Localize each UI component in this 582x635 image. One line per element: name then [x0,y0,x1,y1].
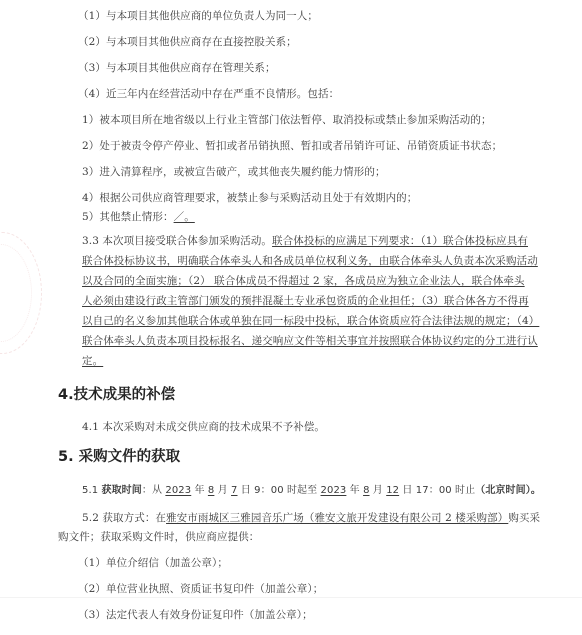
text-fragment: ：从 [142,485,165,496]
sub-condition-item: 5）其他禁止情形：／。 [82,210,195,224]
section-heading-5: 5. 采购文件的获取 [58,448,180,466]
end-day: 12 [386,485,399,496]
text-fragment: 年 [346,485,363,496]
sub-condition-item: 4）根据公司供应商管理要求，被禁止参与采购活动且处于有效期内的； [82,191,417,205]
required-document-item: （3）法定代表人有效身份证复印件（加盖公章）； [78,608,313,622]
text-fragment: 月 [214,485,231,496]
clause-3-3-line: 以及合同的全面实施；（2） 联合体成员不得超过 2 家，各成员应为独立企业法人，… [82,274,525,288]
clause-3-3-line: 以自己的名义参加其他联合体或单独在同一标段中投标，联合体资质应符合法律法规的规定… [82,314,539,328]
start-year: 2023 [165,485,191,496]
clause-5-1-label: 获取时间 [101,485,141,496]
clause-4-1: 4.1 本次采购对未成交供应商的技术成果不予补偿。 [82,420,325,434]
clause-3-3-intro: 3.3 本次项目接受联合体参加采购活动。 [82,235,272,247]
sub-condition-item: 1）被本项目所在地省级以上行业主管部门依法暂停、取消投标或禁止参加采购活动的； [82,113,492,127]
sub-condition-item: 2）处于被责令停产停业、暂扣或者吊销执照、暂扣或者吊销许可证、吊销资质证书状态； [82,139,502,153]
clause-3-3-text: 联合体投标的应满足下列要求：（1）联合体投标应具有 [272,235,528,247]
clause-3-3-line: 联合体投标协议书，明确联合体牵头人和各成员单位权利义务，由联合体牵头人负责本次采… [82,254,538,268]
clause-5-2-suffix: 购买采 [508,512,540,524]
section-heading-4: 4.技术成果的补偿 [58,386,175,404]
condition-item: （2）与本项目其他供应商存在直接控股关系； [78,35,297,49]
condition-item: （4）近三年内在经营活动中存在严重不良情形。包括： [78,87,339,101]
sub-condition-value: ／。 [174,211,195,223]
clause-3-3-line: 联合体牵头人负责本项目投标报名、递交响应文件等相关事宜并按照联合体协议约定的分工… [82,334,538,348]
text-fragment: 年 [191,485,208,496]
clause-5-2-prefix: 5.2 获取方式：在 [82,512,166,524]
required-document-item: （1）单位介绍信（加盖公章）； [78,556,228,570]
clause-5-1-number: 5.1 [82,485,101,496]
clause-5-2: 5.2 获取方式：在雅安市雨城区三雅园音乐广场（雅安文旅开发建设有限公司 2 楼… [82,511,540,525]
clause-3-3-line: 人必须由建设行政主管部门颁发的预拌混凝土专业承包资质的企业担任；（3）联合体各方… [82,294,529,308]
text-fragment: 日 9：00 时起至 [238,485,321,496]
sub-condition-item: 3）进入清算程序，或被宣告破产，或其他丧失履约能力情形的； [82,165,386,179]
sub-condition-label: 5）其他禁止情形： [82,211,174,223]
clause-3-3-line: 定。 [82,354,103,368]
required-document-item: （2）单位营业执照、资质证书复印件（加盖公章）； [78,582,323,596]
clause-3-3-line: 3.3 本次项目接受联合体参加采购活动。联合体投标的应满足下列要求：（1）联合体… [82,234,528,248]
text-fragment: 日 17：00 时止 [399,485,475,496]
purchase-location: 雅安市雨城区三雅园音乐广场（雅安文旅开发建设有限公司 2 楼采购部） [166,512,508,524]
scan-artifact-rule [0,597,582,598]
condition-item: （1）与本项目其他供应商的单位负责人为同一人； [78,9,318,23]
end-year: 2023 [321,485,347,496]
timezone-note: （北京时间）。 [475,485,541,496]
clause-5-2-continuation: 购文件；获取采购文件时，供应商应提供： [58,530,259,544]
clause-5-1: 5.1 获取时间：从 2023 年 8 月 7 日 9：00 时起至 2023 … [82,484,541,498]
condition-item: （3）与本项目其他供应商存在管理关系； [78,61,276,75]
text-fragment: 月 [370,485,387,496]
